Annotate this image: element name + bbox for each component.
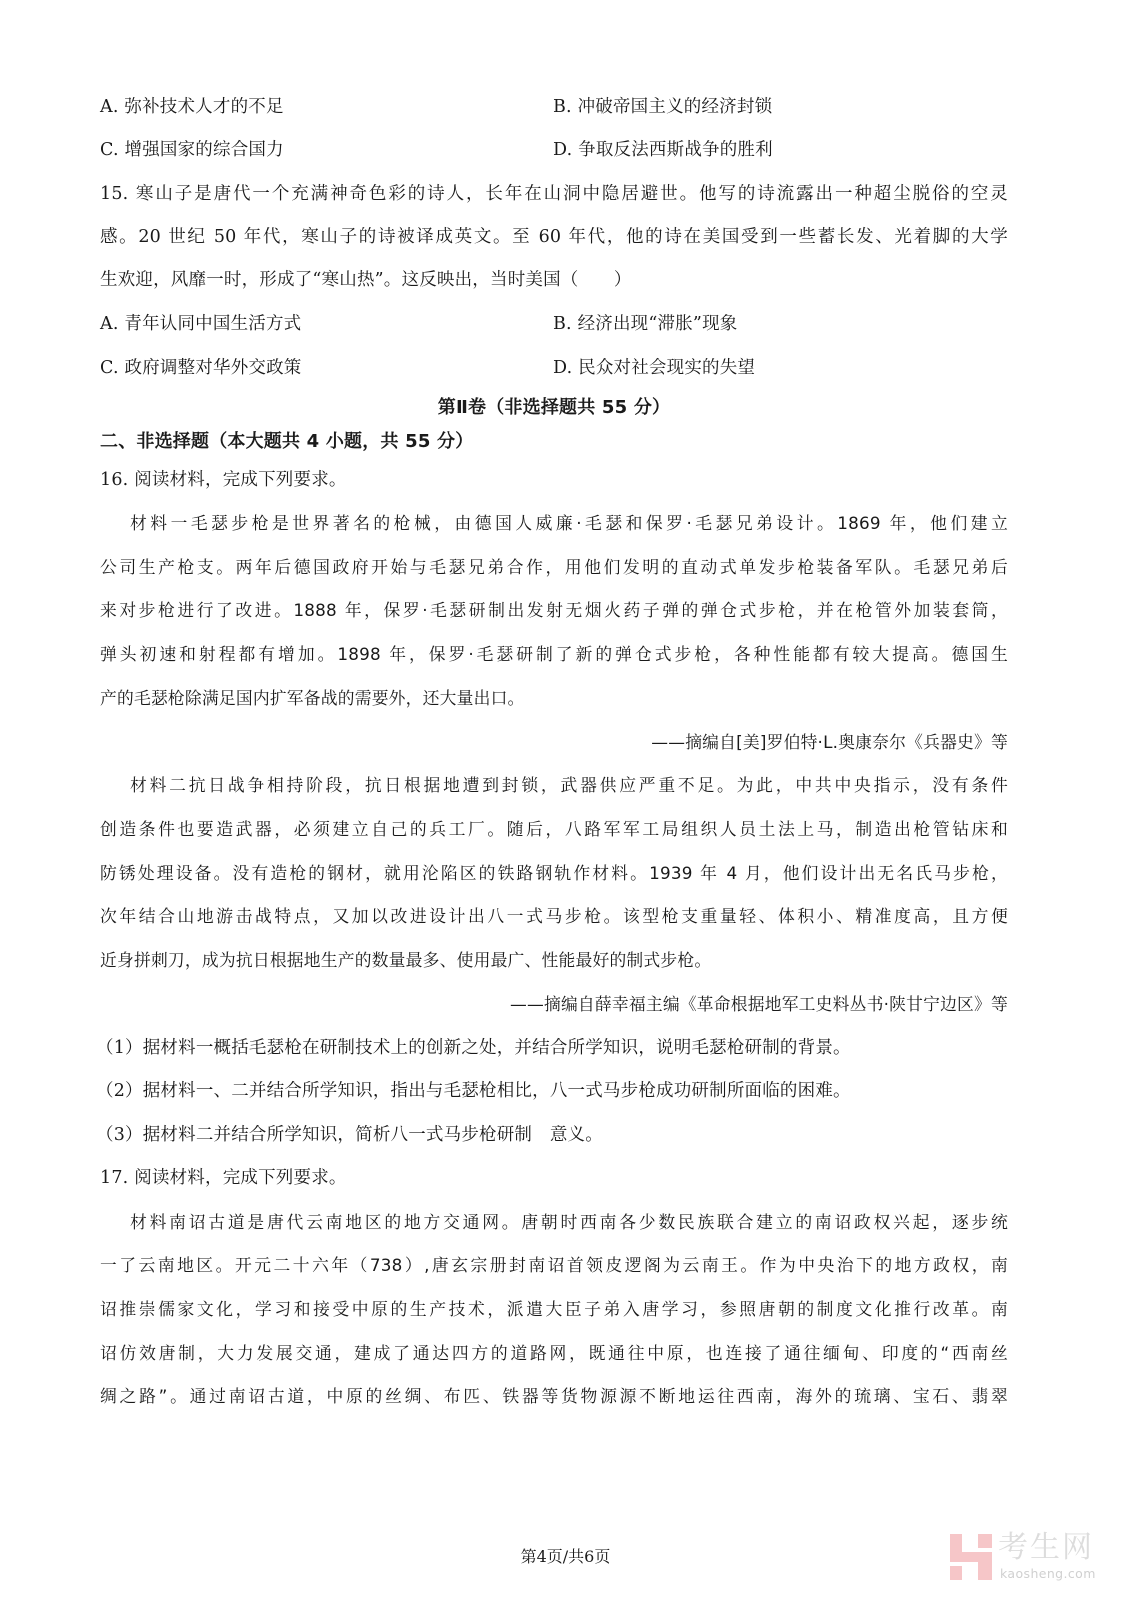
part2-title: 第Ⅱ卷（非选择题共 55 分） — [100, 396, 1008, 420]
q15-option-a: A. 青年认同中国生活方式 — [100, 312, 540, 336]
q17-material-line-1: 材料南诏古道是唐代云南地区的地方交通网。唐朝时西南各少数民族联合建立的南诏政权兴… — [130, 1210, 1008, 1234]
q14-option-b: B. 冲破帝国主义的经济封锁 — [553, 95, 1008, 119]
watermark-en-text: kaosheng.com — [1000, 1566, 1096, 1581]
q16-material1-source: ——摘编自[美]罗伯特·L.奥康奈尔《兵器史》等 — [100, 730, 1008, 754]
q17-material-line-3: 诏推崇儒家文化，学习和接受中原的生产技术，派遣大臣子弟入唐学习，参照唐朝的制度文… — [100, 1297, 1008, 1321]
q15-option-d: D. 民众对社会现实的失望 — [553, 356, 1008, 380]
q16-question-2: （2）据材料一、二并结合所学知识，指出与毛瑟枪相比，八一式马步枪成功研制所面临的… — [96, 1079, 1004, 1103]
q17-material-line-4: 诏仿效唐制，大力发展交通，建成了通达四方的道路网，既通往中原，也连接了通往缅甸、… — [100, 1341, 1008, 1365]
q16-material2-line-2: 创造条件也要造武器，必须建立自己的兵工厂。随后，八路军军工局组织人员土法上马，制… — [100, 817, 1008, 841]
q17-prompt: 17. 阅读材料，完成下列要求。 — [100, 1166, 1008, 1190]
kaosheng-watermark: 考生网 kaosheng.com — [948, 1530, 1123, 1588]
q14-option-c: C. 增强国家的综合国力 — [100, 138, 540, 162]
q16-material2-line-4: 次年结合山地游击战特点，又加以改进设计出八一式马步枪。该型枪支重量轻、体积小、精… — [100, 904, 1008, 928]
q15-stem-line-3: 生欢迎，风靡一时，形成了“寒山热”。这反映出，当时美国（ ） — [100, 268, 1008, 292]
section2-title: 二、非选择题（本大题共 4 小题，共 55 分） — [100, 430, 1008, 454]
q16-material1-line-1: 材料一毛瑟步枪是世界著名的枪械，由德国人威廉·毛瑟和保罗·毛瑟兄弟设计。1869… — [130, 511, 1008, 535]
q15-stem-line-2: 感。20 世纪 50 年代，寒山子的诗被译成英文。至 60 年代，他的诗在美国受… — [100, 225, 1008, 249]
q15-option-c: C. 政府调整对华外交政策 — [100, 356, 540, 380]
q16-material1-line-3: 来对步枪进行了改进。1888 年，保罗·毛瑟研制出发射无烟火药子弹的弹仓式步枪，… — [100, 598, 1008, 622]
q16-material2-line-1: 材料二抗日战争相持阶段，抗日根据地遭到封锁，武器供应严重不足。为此，中共中央指示… — [130, 773, 1008, 797]
q14-option-d: D. 争取反法西斯战争的胜利 — [553, 138, 1008, 162]
exam-page: A. 弥补技术人才的不足 B. 冲破帝国主义的经济封锁 C. 增强国家的综合国力… — [0, 0, 1131, 1600]
q15-stem-line-1: 15. 寒山子是唐代一个充满神奇色彩的诗人，长年在山洞中隐居避世。他写的诗流露出… — [100, 182, 1008, 206]
q16-material2-line-5: 近身拼刺刀，成为抗日根据地生产的数量最多、使用最广、性能最好的制式步枪。 — [100, 948, 1008, 972]
q16-prompt: 16. 阅读材料，完成下列要求。 — [100, 468, 1008, 492]
watermark-cn-text: 考生网 — [998, 1530, 1094, 1566]
q16-material2-line-3: 防锈处理设备。没有造枪的钢材，就用沦陷区的铁路钢轨作材料。1939 年 4 月，… — [100, 861, 1008, 885]
q16-question-3: （3）据材料二并结合所学知识，简析八一式马步枪研制 意义。 — [96, 1123, 1004, 1147]
q16-material2-source: ——摘编自薛幸福主编《革命根据地军工史料丛书·陕甘宁边区》等 — [100, 992, 1008, 1016]
q14-option-a: A. 弥补技术人才的不足 — [100, 95, 540, 119]
q16-material1-line-2: 公司生产枪支。两年后德国政府开始与毛瑟兄弟合作，用他们发明的直动式单发步枪装备军… — [100, 555, 1008, 579]
q17-material-line-5: 绸之路”。通过南诏古道，中原的丝绸、布匹、铁器等货物源源不断地运往西南，海外的琉… — [100, 1384, 1008, 1408]
q16-material1-line-5: 产的毛瑟枪除满足国内扩军备战的需要外，还大量出口。 — [100, 686, 1008, 710]
q16-question-1: （1）据材料一概括毛瑟枪在研制技术上的创新之处，并结合所学知识，说明毛瑟枪研制的… — [96, 1036, 1004, 1060]
q15-option-b: B. 经济出现“滞胀”现象 — [553, 312, 1008, 336]
kaosheng-logo-icon — [950, 1534, 992, 1580]
q16-material1-line-4: 弹头初速和射程都有增加。1898 年，保罗·毛瑟研制了新的弹仓式步枪，各种性能都… — [100, 642, 1008, 666]
q17-material-line-2: 一了云南地区。开元二十六年（738）,唐玄宗册封南诏首领皮逻阁为云南王。作为中央… — [100, 1253, 1008, 1277]
